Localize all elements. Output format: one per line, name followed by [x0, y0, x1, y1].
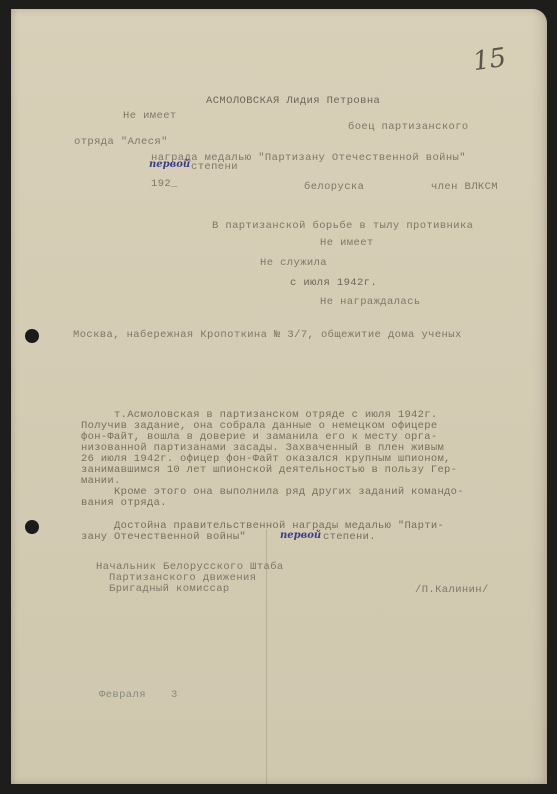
service-line-5: Не награждалась: [320, 296, 421, 308]
punch-hole-bottom: [25, 520, 39, 534]
date-day: 3: [171, 689, 178, 701]
signature-title-3: Бригадный комиссар: [109, 583, 230, 595]
header-ne-imeet: Не имеет: [123, 110, 177, 122]
person-name: АСМОЛОВСКАЯ Лидия Петровна: [206, 95, 380, 107]
punch-hole-top: [25, 329, 39, 343]
service-line-1: В партизанской борьбе в тылу противника: [212, 220, 473, 232]
narrative-extra-line: вания отряда.: [81, 498, 167, 510]
birth-year: 192_: [151, 178, 178, 190]
award-degree-typed: степени: [191, 161, 238, 173]
recommendation-line-2-end: степени.: [323, 532, 376, 544]
nationality: белоруска: [304, 181, 364, 193]
unit-right: боец партизанского: [348, 121, 469, 133]
narrative-line: занимавшимся 10 лет шпионской деятельнос…: [81, 465, 457, 477]
unit-left: отряда "Алеся": [74, 136, 168, 148]
recommendation-line-2-start: зану Отечественной войны": [81, 532, 246, 544]
signature-name: /П.Калинин/: [415, 584, 489, 596]
handwritten-degree: первой: [149, 159, 190, 170]
party-membership: член ВЛКСМ: [431, 181, 498, 193]
handwritten-page-number: 15: [471, 43, 508, 77]
address: Москва, набережная Кропоткина № 3/7, общ…: [73, 329, 462, 341]
handwritten-recommendation-degree: первой: [280, 530, 321, 541]
service-line-2: Не имеет: [320, 237, 374, 249]
service-line-4: с июля 1942г.: [290, 277, 377, 289]
date-month: Февраля: [99, 689, 146, 701]
document-page: 15 АСМОЛОВСКАЯ Лидия Петровна Не имеет б…: [11, 9, 547, 784]
service-line-3: Не служила: [260, 257, 327, 269]
